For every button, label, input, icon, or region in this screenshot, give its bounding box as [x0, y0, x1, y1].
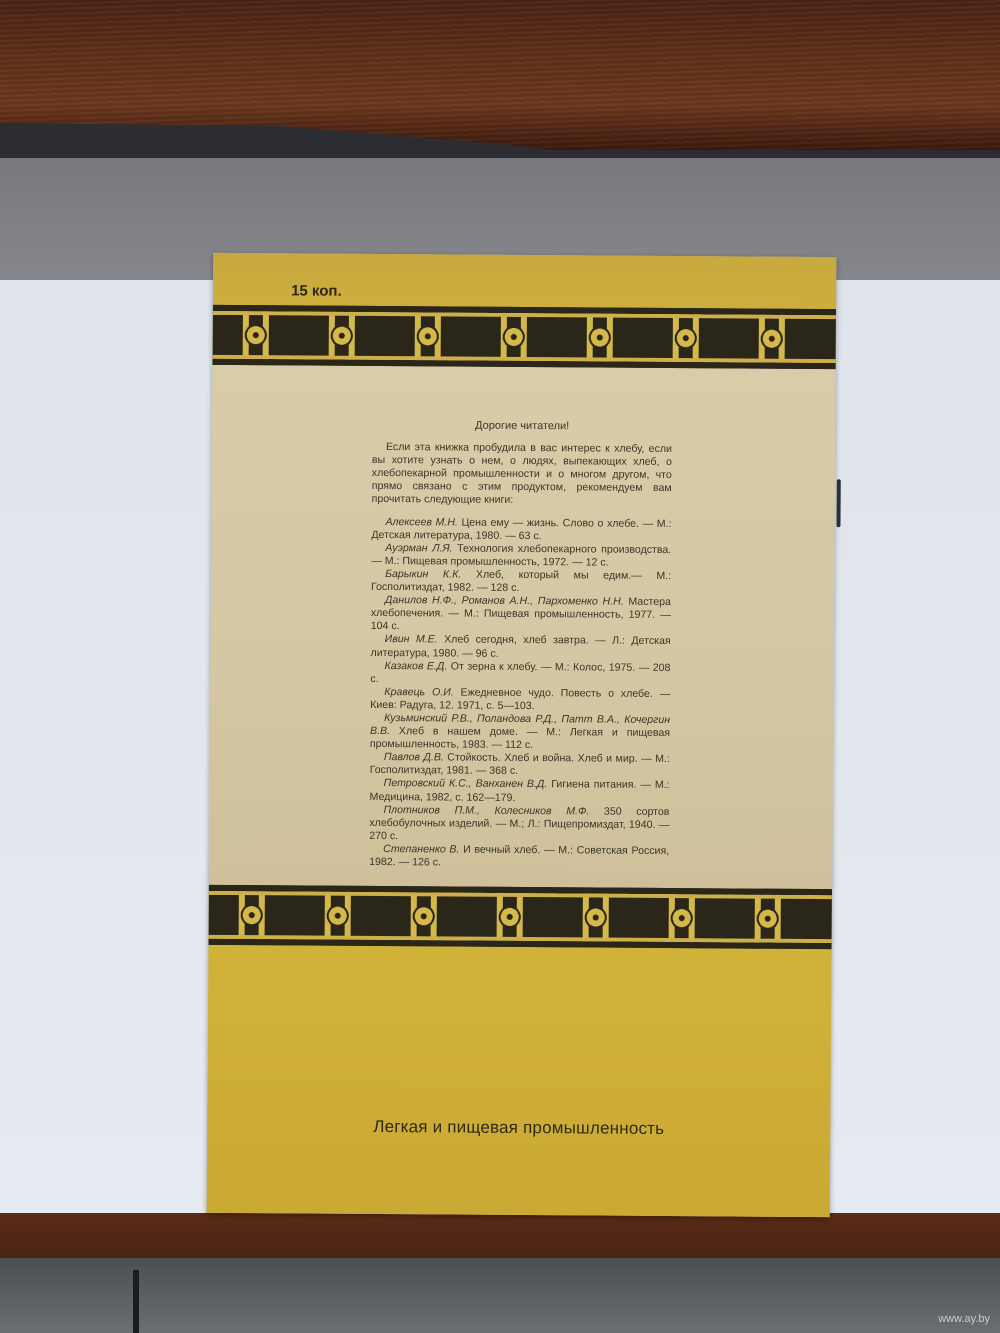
reading-list: Дорогие читатели! Если эта книжка пробуд… [369, 419, 672, 871]
readers-heading: Дорогие читатели! [372, 419, 672, 434]
reference-author: Казаков Е.Д. [384, 660, 447, 672]
reference-author: Барыкин К.К. [385, 568, 461, 581]
floor [0, 1258, 1000, 1333]
reference-author: Степаненко В. [383, 843, 459, 856]
price-label: 15 коп. [291, 282, 342, 299]
reference-list: Алексеев М.Н. Цена ему — жизнь. Слово о … [369, 516, 671, 872]
reference-author: Павлов Д.В. [384, 751, 444, 763]
reference-item: Казаков Е.Д. От зерна к хлебу. — М.: Кол… [370, 660, 670, 688]
floor-gap [133, 1270, 139, 1333]
reference-author: Кравець О.И. [384, 686, 453, 698]
book-back-cover: 15 коп. Дорогие читатели! Если эта книжк… [207, 253, 837, 1217]
ornament-border-bottom [209, 885, 832, 949]
ornament-border-top [213, 305, 836, 369]
reference-item: Кузьминский Р.В., Поландова Р.Д., Патт В… [370, 712, 670, 753]
watermark: www.ay.by [938, 1313, 990, 1325]
reference-item: Алексеев М.Н. Цена ему — жизнь. Слово о … [371, 516, 671, 544]
reference-author: Ивин М.Е. [385, 633, 438, 645]
reference-item: Ауэрман Л.Я. Технология хлебопекарного п… [371, 542, 671, 570]
reference-author: Плотников П.М., Колесников М.Ф. [383, 804, 589, 817]
binder-clip [836, 479, 840, 527]
reference-item: Степаненко В. И вечный хлеб. — М.: Совет… [369, 843, 669, 871]
wooden-shelf-bottom [0, 1213, 1000, 1258]
reference-item: Барыкин К.К. Хлеб, который мы едим.— М.:… [371, 568, 671, 596]
intro-paragraph: Если эта книжка пробудила в вас интерес … [372, 441, 672, 509]
reference-item: Петровский К.С., Ванханен В.Д. Гигиена п… [370, 777, 670, 805]
reference-author: Ауэрман Л.Я. [385, 542, 452, 554]
reference-author: Петровский К.С., Ванханен В.Д. [384, 777, 548, 790]
reference-author: Данилов Н.Ф., Романов А.Н., Пархоменко Н… [385, 594, 624, 608]
reference-item: Плотников П.М., Колесников М.Ф. 350 сорт… [369, 804, 669, 845]
reference-author: Алексеев М.Н. [385, 516, 457, 529]
reference-item: Ивин М.Е. Хлеб сегодня, хлеб завтра. — Л… [371, 633, 671, 661]
reference-item: Кравець О.И. Ежедневное чудо. Повесть о … [370, 686, 670, 714]
reference-item: Данилов Н.Ф., Романов А.Н., Пархоменко Н… [371, 594, 671, 635]
reference-item: Павлов Д.В. Стойкость. Хлеб и война. Хле… [370, 751, 670, 779]
reference-title: Хлеб в нашем доме. — М.: Легкая и пищева… [370, 725, 670, 751]
